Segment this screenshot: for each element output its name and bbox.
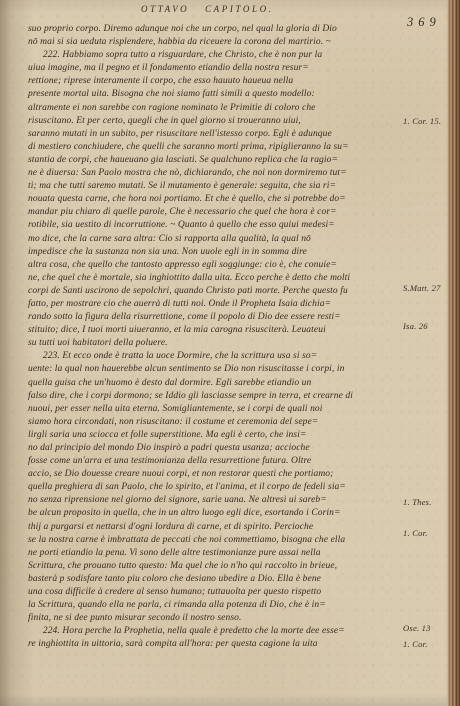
text-line: 222. Habbiamo sopra tutto a risguardare,… [28,49,404,62]
text-line: una cosa difficile à credere al senso hu… [28,586,404,599]
text-line: presente mortal uita. Bisogna che noi si… [28,88,404,101]
text-line: siamo hora circondati, non risuscitano: … [28,416,404,429]
text-line: mandar piu chiaro di quelle parole, Che … [28,206,404,219]
text-line: falso dire, che i corpi dormono; se Iddi… [28,390,404,403]
text-line: quella guisa che un'huomo è desto dal do… [28,377,404,390]
text-line: rotibile, sia uestito di incorruttione. … [28,219,404,232]
text-line: accio, se Dio douesse creare nuoui corpi… [28,468,404,481]
text-line: stituito; dice, I tuoi morti uiueranno, … [28,324,404,337]
text-line: corpi de Santi uscirono de sepolchri, qu… [28,285,404,298]
text-line: Scrittura, che prouano tutto questo: Ma … [28,560,404,573]
text-line: nō mai si sia ueduta risplendere, habbia… [28,36,404,49]
text-line: 223. Et ecco onde è tratta la uoce Dormi… [28,350,404,363]
text-line: lirgli saria una sciocca et folle supers… [28,429,404,442]
text-line: uiua imagine, ma il pegno et il fondamen… [28,62,404,75]
text-line: suo proprio corpo. Diremo adunque noi ch… [28,23,404,36]
text-line: risuscitano. Et per certo, quegli che in… [28,115,404,128]
text-line: ne è diuersa: San Paolo mostra che nò, d… [28,167,404,180]
text-line: 224. Hora perche la Prophetia, nella qua… [28,625,404,638]
running-header: OTTAVO CAPITOLO. [141,4,274,14]
text-line: fatto, per mostrare cio che auerrà di tu… [28,298,404,311]
text-line: uente: la qual non hauerebbe alcun senti… [28,363,404,376]
text-line: su tutti uoi habitatori della poluere. [28,337,404,350]
text-line: stantia de corpi, che haueuano gia lasci… [28,154,404,167]
text-line: re inghiottita in uittoria, sarà compita… [28,638,404,651]
text-line: fosse come un'arra et una testimonianza … [28,455,404,468]
text-line: rando sotto la figura della risurrettion… [28,311,404,324]
text-line: nuoui, per esser nella uita eterna. Somi… [28,403,404,416]
book-page-scan: OTTAVO CAPITOLO. 369 suo proprio corpo. … [0,0,460,706]
text-line: quella preghiera di san Paolo, che lo sp… [28,481,404,494]
text-line: basterà p sodisfare tanto piu coloro che… [28,573,404,586]
text-line: altra cosa, che quello che tantosto appr… [28,259,404,272]
text-line: thij a purgarsi et nettarsi d'ogni lordu… [28,521,404,534]
body-text: suo proprio corpo. Diremo adunque noi ch… [28,23,404,652]
text-line: no senza riprensione nel giorno del sign… [28,494,404,507]
book-fore-edge [446,0,460,706]
text-line: rettione; riprese interamente il corpo, … [28,75,404,88]
text-line: impedisce che la sustanza non sia una. N… [28,246,404,259]
text-line: ti; ma che tutti saremo mutati. Se il mu… [28,180,404,193]
text-line: finita, ne si dee punto misurar secondo … [28,612,404,625]
text-line: ne, che quel che è mortale, sia inghiott… [28,272,404,285]
text-line: ne porti etiandio la pena. Vi sono delle… [28,547,404,560]
text-line: altramente ei non sarebbe con ragione no… [28,102,404,115]
text-line: no dal principio del mondo Dio inspirò a… [28,442,404,455]
text-line: se la nostra carne è imbrattata de pecca… [28,534,404,547]
text-line: be alcun proposito in quella, che in un … [28,507,404,520]
text-line: mo dice, che la carne sara altra: Cio si… [28,233,404,246]
text-line: nouata questa carne, che hora noi portia… [28,193,404,206]
page-number: 369 [407,15,441,30]
text-line: di mestiero conchiudere, che quelli che … [28,141,404,154]
text-line: la Scrittura, quando ella ne parla, ci r… [28,599,404,612]
text-line: saranno mutati in un subito, per risusci… [28,128,404,141]
